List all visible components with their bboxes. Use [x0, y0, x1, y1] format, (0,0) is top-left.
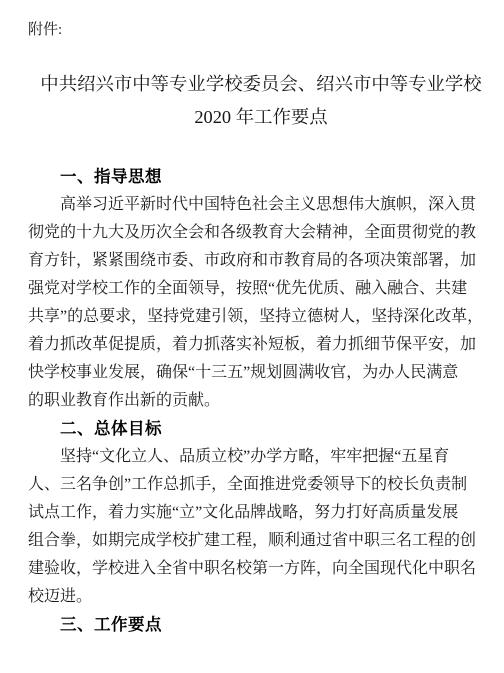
paragraph: 高举习近平新时代中国特色社会主义思想伟大旗帜，深入贯彻党的十九大及历次全会和各级…	[28, 191, 476, 415]
text-line: 的职业教育作出新的贡献。	[28, 387, 476, 415]
paragraph: 坚持“文化立人、品质立校”办学方略，牢牢把握“五星育人、三名争创”工作总抓手，全…	[28, 443, 476, 611]
section-heading: 一、指导思想	[28, 163, 476, 191]
document-title: 中共绍兴市中等专业学校委员会、绍兴市中等专业学校 2020 年工作要点	[37, 68, 485, 134]
text-line: 人、三名争创”工作总抓手，全面推进党委领导下的校长负责制	[28, 471, 476, 499]
text-line: 试点工作，着力实施“立”文化品牌战略，努力打好高质量发展	[28, 499, 476, 527]
text-line: 快学校事业发展，确保“十三五”规划圆满收官，为办人民满意	[28, 359, 476, 387]
text-line: 共享”的总要求，坚持党建引领，坚持立德树人，坚持深化改革，	[28, 303, 476, 331]
text-line: 校迈进。	[28, 583, 476, 611]
text-line: 高举习近平新时代中国特色社会主义思想伟大旗帜，深入贯	[28, 191, 476, 219]
text-line: 坚持“文化立人、品质立校”办学方略，牢牢把握“五星育	[28, 443, 476, 471]
section-overall-goals: 二、总体目标 坚持“文化立人、品质立校”办学方略，牢牢把握“五星育人、三名争创”…	[28, 415, 476, 611]
document-title-line-1: 中共绍兴市中等专业学校委员会、绍兴市中等专业学校	[37, 68, 485, 101]
text-line: 强党对学校工作的全面领导，按照“优先优质、融入融合、共建	[28, 275, 476, 303]
document-body: 一、指导思想 高举习近平新时代中国特色社会主义思想伟大旗帜，深入贯彻党的十九大及…	[28, 163, 476, 639]
text-line: 育方针，紧紧围绕市委、市政府和市教育局的各项决策部署，加	[28, 247, 476, 275]
document-title-line-2: 2020 年工作要点	[37, 101, 485, 134]
section-guiding-ideology: 一、指导思想 高举习近平新时代中国特色社会主义思想伟大旗帜，深入贯彻党的十九大及…	[28, 163, 476, 415]
text-line: 彻党的十九大及历次全会和各级教育大会精神，全面贯彻党的教	[28, 219, 476, 247]
text-line: 组合拳，如期完成学校扩建工程，顺利通过省中职三名工程的创	[28, 527, 476, 555]
section-key-work-points: 三、工作要点	[28, 611, 476, 639]
text-line: 着力抓改革促提质，着力抓落实补短板，着力抓细节保平安，加	[28, 331, 476, 359]
attachment-label: 附件:	[28, 22, 476, 38]
section-heading: 三、工作要点	[28, 611, 476, 639]
text-line: 建验收，学校进入全省中职名校第一方阵，向全国现代化中职名	[28, 555, 476, 583]
section-heading: 二、总体目标	[28, 415, 476, 443]
document-page: 附件: 中共绍兴市中等专业学校委员会、绍兴市中等专业学校 2020 年工作要点 …	[0, 0, 504, 673]
